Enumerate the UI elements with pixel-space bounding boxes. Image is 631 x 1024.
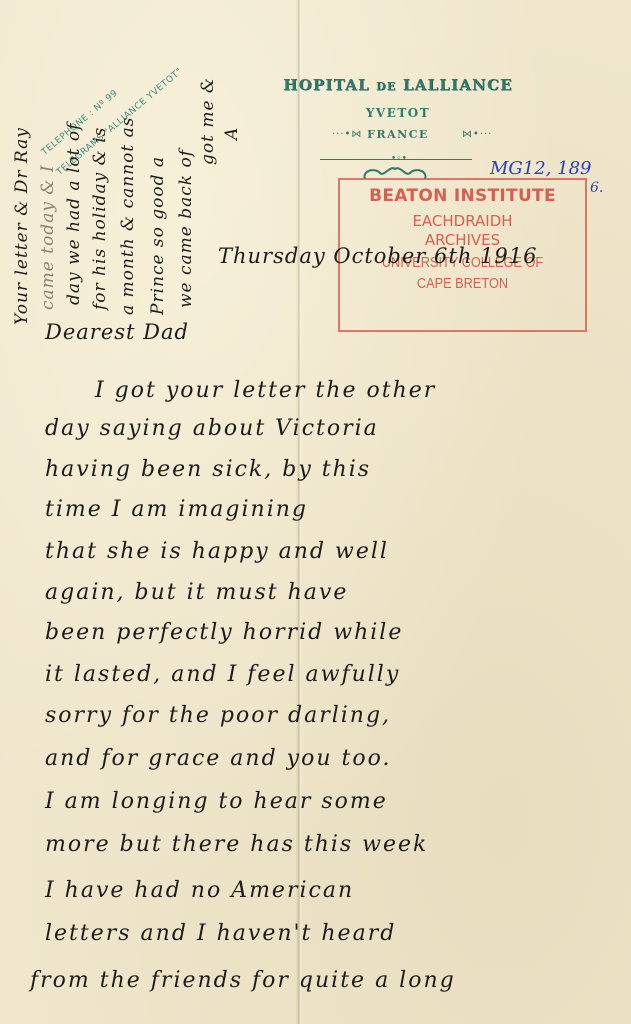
letter-line: time I am imagining bbox=[45, 497, 308, 522]
letter-line: and for grace and you too. bbox=[45, 746, 391, 771]
letter-line: it lasted, and I feel awfully bbox=[45, 662, 400, 687]
letter-line: sorry for the poor darling, bbox=[45, 703, 391, 728]
letterhead-title: HOPITAL DE LALLIANCE bbox=[228, 76, 568, 94]
margin-note: Your letter & Dr Ray bbox=[12, 127, 32, 325]
margin-note: we came back of bbox=[176, 149, 196, 308]
letter-line: more but there has this week bbox=[45, 832, 428, 857]
margin-note: for his holiday & is bbox=[90, 127, 110, 310]
ornament-right-icon: ⋈•··· bbox=[462, 129, 492, 140]
letter-line: that she is happy and well bbox=[45, 539, 389, 564]
letterhead-title-suffix: LALLIANCE bbox=[403, 76, 513, 94]
letter-page: HOPITAL DE LALLIANCE YVETOT ···•⋈ FRANCE… bbox=[0, 0, 631, 1024]
catalog-number-sub: 6. bbox=[590, 180, 603, 196]
stamp-line-eachdraidh: EACHDRAIDH bbox=[340, 212, 585, 230]
letter-date: Thursday October 6th 1916 bbox=[218, 244, 537, 268]
letter-line: letters and I haven't heard bbox=[45, 921, 396, 946]
letter-line: I have had no American bbox=[45, 878, 354, 903]
margin-note: day we had a lot of bbox=[64, 123, 84, 305]
letter-line: I am longing to hear some bbox=[45, 789, 388, 814]
letterhead-title-de: DE bbox=[376, 80, 396, 93]
letter-line: from the friends for quite a long bbox=[30, 968, 456, 993]
margin-note: came today & I bbox=[38, 164, 58, 310]
stamp-line-cape-breton: CAPE BRETON bbox=[358, 275, 566, 292]
stamp-line-institute: BEATON INSTITUTE bbox=[340, 186, 585, 206]
margin-note: Prince so good a bbox=[148, 156, 168, 315]
catalog-number: MG12, 189 bbox=[490, 158, 592, 179]
letter-line: day saying about Victoria bbox=[45, 416, 379, 441]
letter-line: I got your letter the other bbox=[95, 378, 436, 403]
letter-salutation: Dearest Dad bbox=[45, 320, 189, 344]
letter-line: been perfectly horrid while bbox=[45, 620, 403, 645]
letterhead-title-prefix: HOPITAL bbox=[283, 76, 369, 94]
letter-line: again, but it must have bbox=[45, 580, 348, 605]
margin-note: got me & bbox=[198, 77, 218, 165]
margin-note: a month & cannot as bbox=[118, 117, 138, 315]
letterhead-city: YVETOT bbox=[228, 106, 568, 120]
letter-line: having been sick, by this bbox=[45, 457, 371, 482]
letterhead-country: FRANCE bbox=[228, 128, 568, 141]
margin-note: A bbox=[222, 127, 242, 140]
